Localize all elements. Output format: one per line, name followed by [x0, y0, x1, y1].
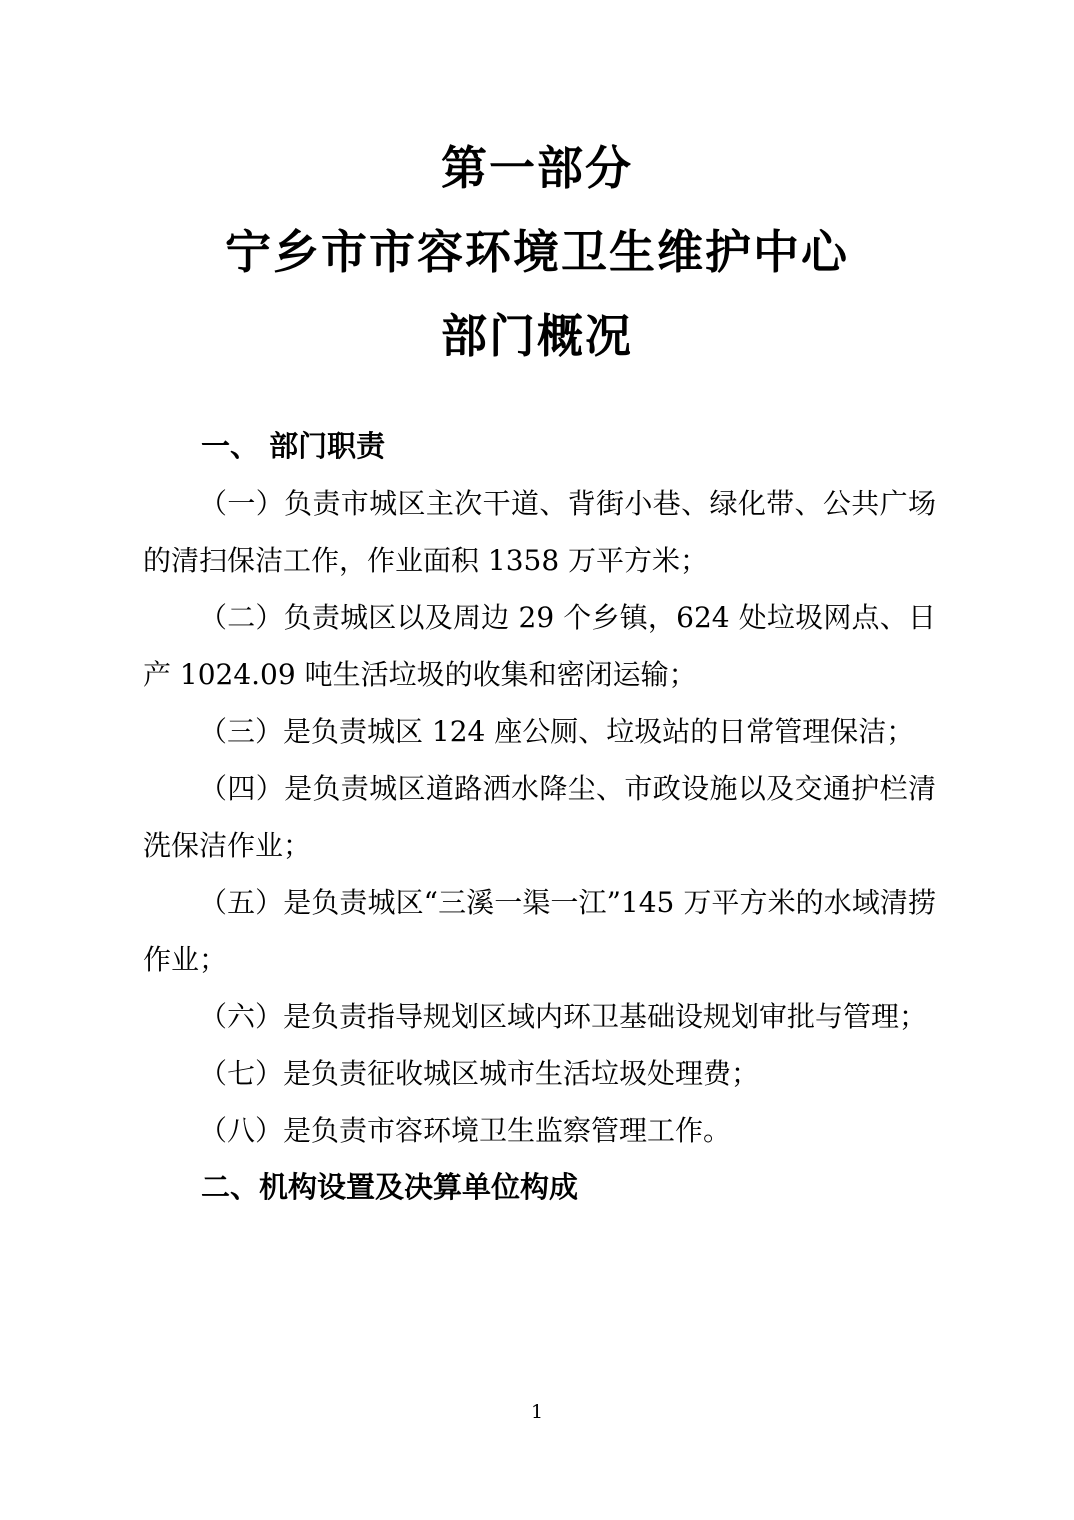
doc-title-part: 第一部分	[0, 126, 1074, 210]
responsibility-item-7: （七）是负责征收城区城市生活垃圾处理费；	[143, 1045, 936, 1102]
responsibility-item-2: （二）负责城区以及周边 29 个乡镇，624 处垃圾网点、日产 1024.09 …	[143, 589, 936, 703]
title-block: 第一部分 宁乡市市容环境卫生维护中心 部门概况	[0, 0, 1074, 378]
doc-title-organization: 宁乡市市容环境卫生维护中心	[0, 210, 1074, 294]
responsibility-item-5: （五）是负责城区“三溪一渠一江”145 万平方米的水域清捞作业；	[143, 874, 936, 988]
responsibility-item-4: （四）是负责城区道路洒水降尘、市政设施以及交通护栏清洗保洁作业；	[143, 760, 936, 874]
document-page: 第一部分 宁乡市市容环境卫生维护中心 部门概况 一、 部门职责 （一）负责市城区…	[0, 0, 1074, 1520]
responsibility-item-3: （三）是负责城区 124 座公厕、垃圾站的日常管理保洁；	[143, 703, 936, 760]
doc-title-overview: 部门概况	[0, 294, 1074, 378]
responsibility-item-6: （六）是负责指导规划区域内环卫基础设规划审批与管理；	[143, 988, 936, 1045]
section-heading-organization: 二、机构设置及决算单位构成	[143, 1159, 936, 1216]
responsibility-item-8: （八）是负责市容环境卫生监察管理工作。	[143, 1102, 936, 1159]
section-heading-responsibilities: 一、 部门职责	[143, 418, 936, 475]
responsibility-item-1: （一）负责市城区主次干道、背街小巷、绿化带、公共广场的清扫保洁工作，作业面积 1…	[143, 475, 936, 589]
document-body: 一、 部门职责 （一）负责市城区主次干道、背街小巷、绿化带、公共广场的清扫保洁工…	[143, 418, 936, 1216]
page-number: 1	[0, 1400, 1074, 1424]
